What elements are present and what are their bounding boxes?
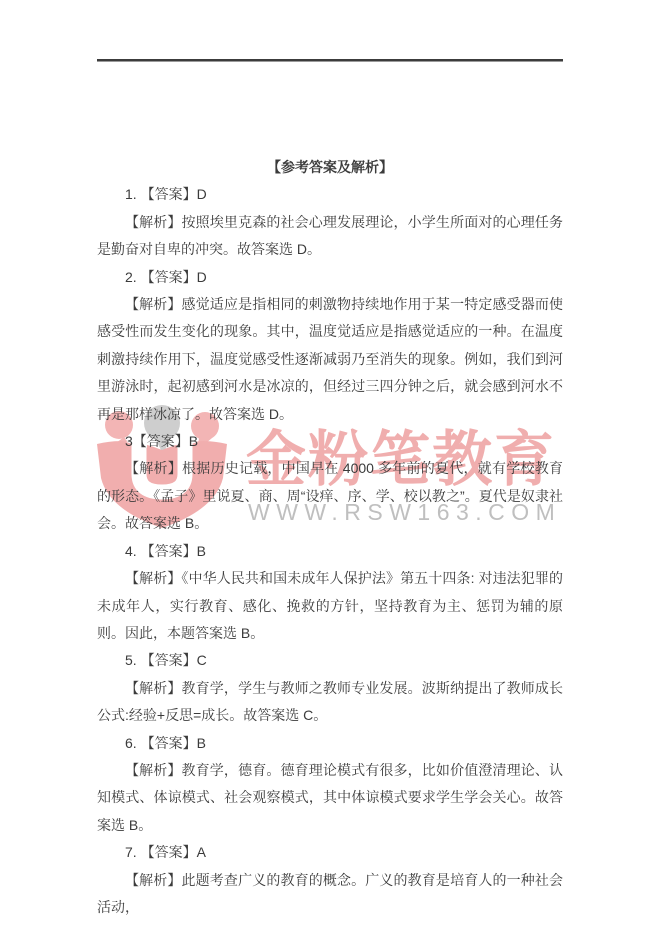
- document-content: 【参考答案及解析】 1. 【答案】D 【解析】按照埃里克森的社会心理发展理论，小…: [97, 154, 563, 921]
- answer-line-3: 3【答案】B: [97, 428, 563, 455]
- answer-line-4: 4. 【答案】B: [97, 538, 563, 565]
- analysis-paragraph-6: 【解析】教育学，德育。德育理论模式有很多，比如价值澄清理论、认知模式、体谅模式、…: [97, 757, 563, 839]
- answer-line-2: 2. 【答案】D: [97, 264, 563, 291]
- analysis-paragraph-2: 【解析】感觉适应是指相同的刺激物持续地作用于某一特定感受器而使感受性而发生变化的…: [97, 291, 563, 428]
- analysis-paragraph-4: 【解析】《中华人民共和国未成年人保护法》第五十四条: 对违法犯罪的未成年人，实行…: [97, 565, 563, 647]
- answer-sheet-page: 金粉笔教育 WWW.RSW163.COM 【参考答案及解析】 1. 【答案】D …: [0, 0, 660, 933]
- header-divider-line: [97, 59, 563, 62]
- analysis-paragraph-5: 【解析】教育学，学生与教师之教师专业发展。波斯纳提出了教师成长公式:经验+反思=…: [97, 675, 563, 730]
- answer-line-6: 6. 【答案】B: [97, 730, 563, 757]
- analysis-paragraph-7: 【解析】此题考查广义的教育的概念。广义的教育是培育人的一种社会活动，: [97, 867, 563, 922]
- analysis-paragraph-3: 【解析】根据历史记载，中国早在 4000 多年前的夏代，就有学校教育的形态。《孟…: [97, 455, 563, 537]
- answer-line-7: 7. 【答案】A: [97, 839, 563, 866]
- analysis-paragraph-1: 【解析】按照埃里克森的社会心理发展理论，小学生所面对的心理任务是勤奋对自卑的冲突…: [97, 209, 563, 264]
- answer-line-1: 1. 【答案】D: [97, 181, 563, 208]
- page-title: 【参考答案及解析】: [97, 154, 563, 181]
- answer-line-5: 5. 【答案】C: [97, 647, 563, 674]
